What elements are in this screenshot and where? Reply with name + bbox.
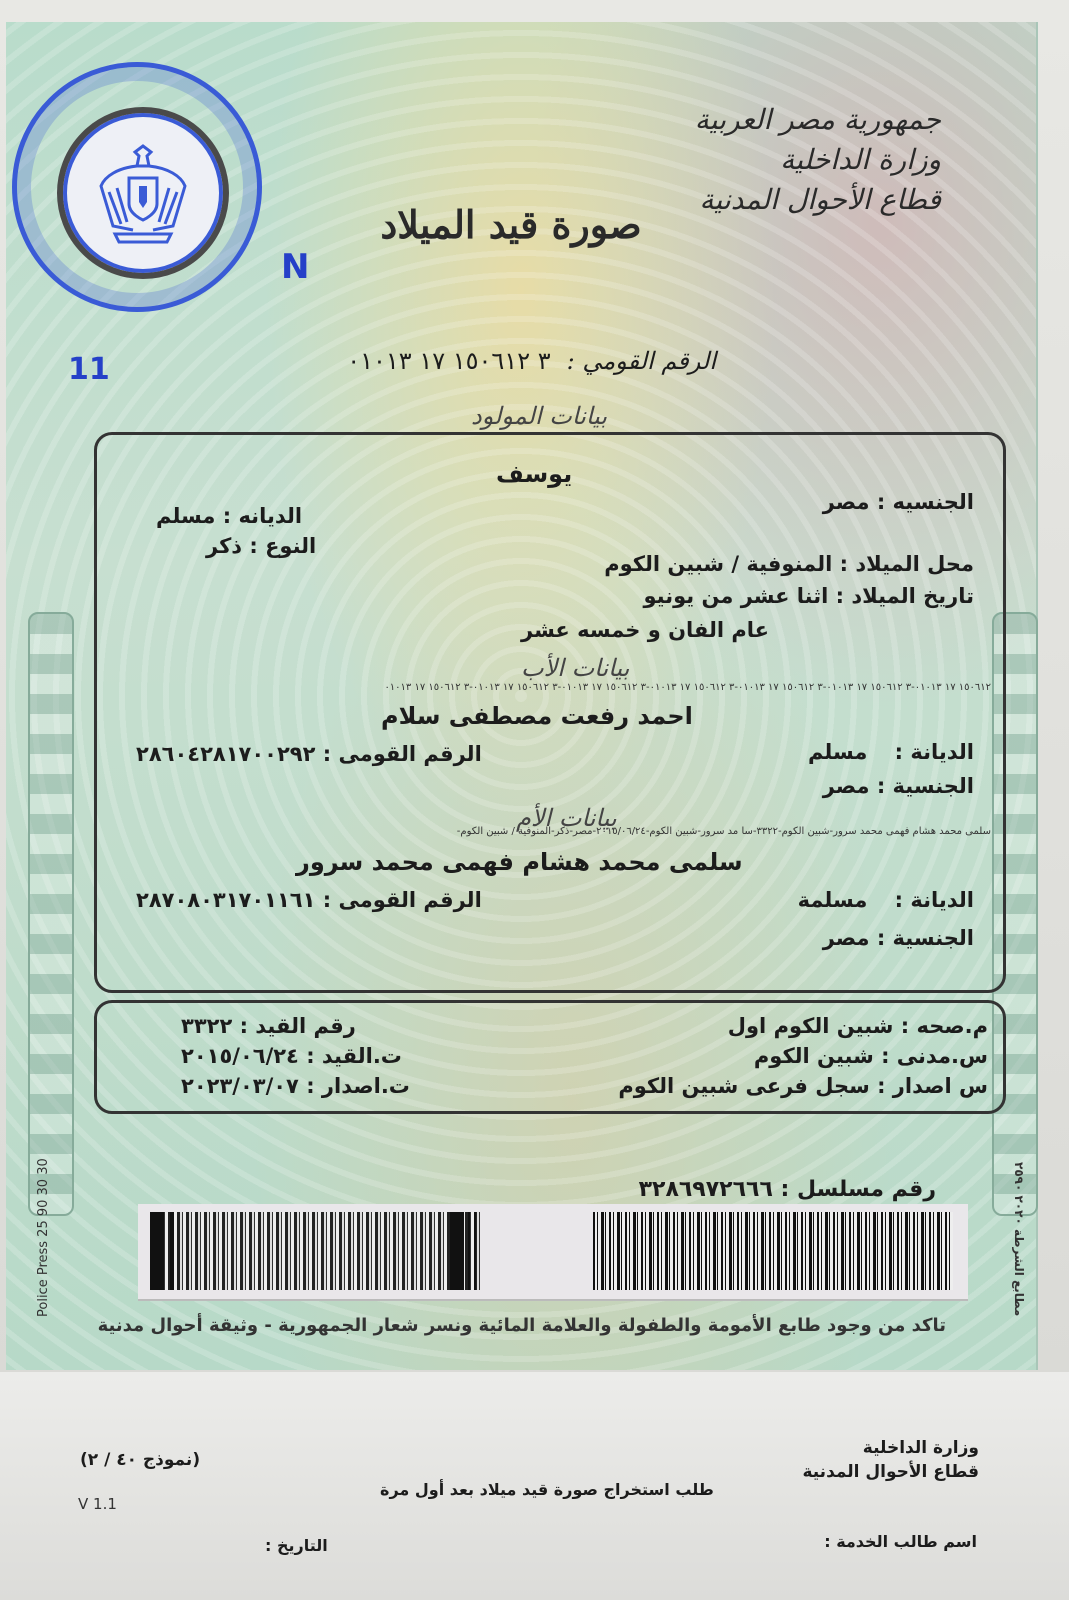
newborn-nationality: الجنسيه : مصر xyxy=(823,490,974,514)
field-value: شبين الكوم xyxy=(754,1044,874,1068)
record-number: رقم القيد : ٣٣٢٢ xyxy=(181,1014,356,1038)
field-label: محل الميلاد : xyxy=(840,552,974,576)
field-value: مصر xyxy=(823,774,870,798)
ink-mark: N xyxy=(281,247,309,287)
barcode-area xyxy=(138,1204,968,1301)
field-value: ٢٠١٥/٠٦/٢٤ xyxy=(181,1044,299,1068)
father-nationality: الجنسية : مصر xyxy=(823,774,974,798)
ink-mark: 11 xyxy=(68,352,110,387)
father-microprint: ١٥٠٦١٢ ١٧ ٠١٠١٣-٣ ١٥٠٦١٢ ١٧ ٠١٠١٣-٣ ١٥٠٦… xyxy=(101,682,991,693)
form-version: V 1.1 xyxy=(78,1495,117,1513)
mother-microprint: سلمى محمد هشام فهمى محمد سرور-شبين الكوم… xyxy=(91,826,991,837)
father-religion: الديانة : مسلم xyxy=(808,740,974,764)
field-value: ٣٢٨٦٩٧٢٦٦٦ xyxy=(639,1177,773,1202)
pdf417-barcode xyxy=(150,1212,480,1290)
mother-religion: الديانة : مسلمة xyxy=(798,888,974,912)
field-value: مصر xyxy=(823,490,870,514)
field-value: ٢٨٦٠٤٢٨١٧٠٠٢٩٢ xyxy=(136,742,315,766)
newborn-birthplace: محل الميلاد : المنوفية / شبين الكوم xyxy=(604,552,974,576)
date-field: التاريخ : xyxy=(265,1536,328,1555)
sector-name: قطاع الأحوال المدنية xyxy=(695,180,941,220)
field-label: تاريخ الميلاد : xyxy=(836,584,974,608)
field-label: الجنسية : xyxy=(877,926,974,950)
field-value: ٢٠٢٣/٠٣/٠٧ xyxy=(181,1074,299,1098)
national-id-line: الرقم القومي : ٣ ١٥٠٦١٢ ١٧ ٠١٠١٣ xyxy=(347,347,716,375)
newborn-religion: الديانه : مسلم xyxy=(156,504,302,528)
field-label: رقم القيد : xyxy=(240,1014,356,1038)
national-id-label: الرقم القومي : xyxy=(567,347,716,375)
field-value: شبين الكوم اول xyxy=(728,1014,894,1038)
field-label: رقم مسلسل : xyxy=(781,1177,936,1202)
issue-date: ت.اصدار : ٢٠٢٣/٠٣/٠٧ xyxy=(181,1074,410,1098)
security-border-left xyxy=(28,612,74,1216)
field-value: ٢٨٧٠٨٠٣١٧٠١١٦١ xyxy=(136,888,315,912)
field-value: مسلمة xyxy=(798,888,868,912)
birth-certificate: N 11 جمهورية مصر العربية وزارة الداخلية … xyxy=(6,22,1038,1370)
father-national-id: الرقم القومى : ٢٨٦٠٤٢٨١٧٠٠٢٩٢ xyxy=(136,742,482,766)
field-label: الديانة : xyxy=(895,888,974,912)
field-value: ٣٣٢٢ xyxy=(181,1014,232,1038)
field-label: م.صحه : xyxy=(901,1014,988,1038)
national-id-value: ٣ ١٥٠٦١٢ ١٧ ٠١٠١٣ xyxy=(347,347,550,375)
linear-barcode xyxy=(593,1212,953,1290)
issue-office: س اصدار : سجل فرعى شبين الكوم xyxy=(618,1074,988,1098)
form-sector: قطاع الأحوال المدنية xyxy=(802,1460,979,1484)
newborn-gender: النوع : ذكر xyxy=(206,534,316,558)
printer-mark: مطابع الشرطة ٢٠٢٠ ٢٥٩٠ xyxy=(1012,1162,1026,1316)
field-value: المنوفية / شبين الكوم xyxy=(604,552,832,576)
form-title: طلب استخراج صورة قيد ميلاد بعد أول مرة xyxy=(380,1480,714,1499)
mother-nationality: الجنسية : مصر xyxy=(823,926,974,950)
field-value: ذكر xyxy=(206,534,242,558)
field-label: الرقم القومى : xyxy=(323,888,482,912)
serial-number: رقم مسلسل : ٣٢٨٦٩٧٢٦٦٦ xyxy=(639,1177,936,1202)
eagle-icon xyxy=(93,138,193,248)
record-date: ت.القيد : ٢٠١٥/٠٦/٢٤ xyxy=(181,1044,402,1068)
field-label: ت.القيد : xyxy=(306,1044,402,1068)
document-title: صورة قيد الميلاد xyxy=(361,202,661,247)
health-office: م.صحه : شبين الكوم اول xyxy=(728,1014,988,1038)
issuer-header: جمهورية مصر العربية وزارة الداخلية قطاع … xyxy=(695,100,941,220)
official-seal-stamp xyxy=(12,62,262,312)
field-value: مسلم xyxy=(156,504,215,528)
father-section-title: بيانات الأب xyxy=(511,654,639,682)
mother-national-id: الرقم القومى : ٢٨٧٠٨٠٣١٧٠١١٦١ xyxy=(136,888,482,912)
field-value: اثنا عشر من يونيو xyxy=(644,584,829,608)
form-model-number: (نموذج ٤٠ / ٢) xyxy=(80,1450,200,1470)
field-label: ت.اصدار : xyxy=(306,1074,410,1098)
form-issuer: وزارة الداخلية قطاع الأحوال المدنية xyxy=(802,1436,979,1484)
newborn-section-title: بيانات المولود xyxy=(461,402,617,430)
newborn-birthdate: تاريخ الميلاد : اثنا عشر من يونيو xyxy=(644,584,975,608)
scanned-page: N 11 جمهورية مصر العربية وزارة الداخلية … xyxy=(0,0,1069,1600)
father-name: احمد رفعت مصطفى سلام xyxy=(381,702,693,730)
newborn-birthdate-year: عام الفان و خمسه عشر xyxy=(521,618,769,642)
field-value: مصر xyxy=(823,926,870,950)
field-value: مسلم xyxy=(808,740,867,764)
field-value: سجل فرعى شبين الكوم xyxy=(618,1074,869,1098)
field-label: الجنسيه : xyxy=(877,490,974,514)
mother-name: سلمى محمد هشام فهمى محمد سرور xyxy=(296,848,743,876)
field-label: س.مدنى : xyxy=(881,1044,988,1068)
field-label: الجنسية : xyxy=(877,774,974,798)
authenticity-note: تاكد من وجود طابع الأمومة والطفولة والعل… xyxy=(98,1315,946,1336)
field-label: الديانة : xyxy=(895,740,974,764)
newborn-name: يوسف xyxy=(496,460,572,488)
police-press-mark: Police Press 25 90 30 30 xyxy=(36,1158,51,1317)
republic-name: جمهورية مصر العربية xyxy=(695,100,941,140)
ministry-name: وزارة الداخلية xyxy=(695,140,941,180)
field-label: الديانه : xyxy=(223,504,302,528)
field-label: الرقم القومى : xyxy=(323,742,482,766)
civil-registry: س.مدنى : شبين الكوم xyxy=(754,1044,988,1068)
form-ministry: وزارة الداخلية xyxy=(802,1436,979,1460)
field-label: النوع : xyxy=(249,534,316,558)
requester-name-field: اسم طالب الخدمة : xyxy=(824,1532,977,1551)
eagle-emblem xyxy=(57,107,229,279)
field-label: س اصدار : xyxy=(877,1074,988,1098)
